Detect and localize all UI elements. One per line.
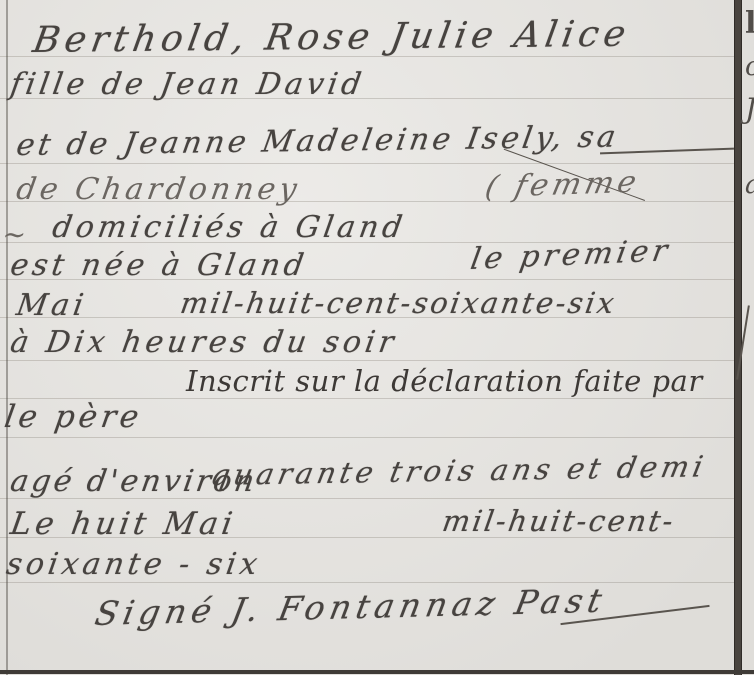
birth-month-entry: Mai [14, 288, 90, 323]
domicile-entry: domiciliés à Gland [50, 210, 409, 245]
register-page: Berthold, Rose Julie Alice fille de Jean… [0, 0, 754, 675]
printed-declaration-text: Inscrit sur la déclaration faite par [186, 364, 703, 398]
right-column-border [734, 0, 742, 675]
registration-date-entry: Le huit Mai [8, 506, 239, 542]
ruled-line [0, 437, 740, 438]
row-bottom-border [0, 670, 754, 674]
birth-day-entry: le premier [468, 233, 674, 277]
signature-entry: Signé J. Fontannaz Past [92, 581, 610, 633]
edge-fragment-2: c [745, 52, 754, 82]
mother-origin-entry: de Chardonney [14, 172, 303, 207]
mother-qualifier-entry: ( femme [482, 165, 643, 205]
birth-year-entry: mil-huit-cent-soixante-six [178, 286, 619, 320]
declarant-age-entry: quarante trois ans et demi [208, 449, 710, 492]
filler-stroke [600, 148, 734, 155]
edge-fragment-3: J [745, 92, 754, 125]
ruled-line [0, 582, 740, 583]
registration-year-line1: mil-huit-cent- [440, 504, 678, 538]
birth-place-entry: est née à Gland [8, 248, 310, 283]
birth-time-entry: à Dix heures du soir [8, 325, 400, 360]
edge-fragment-1: l [745, 6, 754, 41]
declarant-entry: le père [2, 399, 145, 435]
child-name-entry: Berthold, Rose Julie Alice [30, 14, 634, 61]
edge-fragment-4: a [745, 170, 754, 200]
ruled-line [0, 163, 740, 164]
mother-name-entry: et de Jeanne Madeleine Isely, sa [14, 120, 622, 163]
lead-flourish: ~ [0, 218, 29, 251]
registration-year-line2: soixante - six [4, 547, 264, 582]
ruled-line [0, 360, 740, 361]
filiation-entry: fille de Jean David [8, 67, 367, 102]
